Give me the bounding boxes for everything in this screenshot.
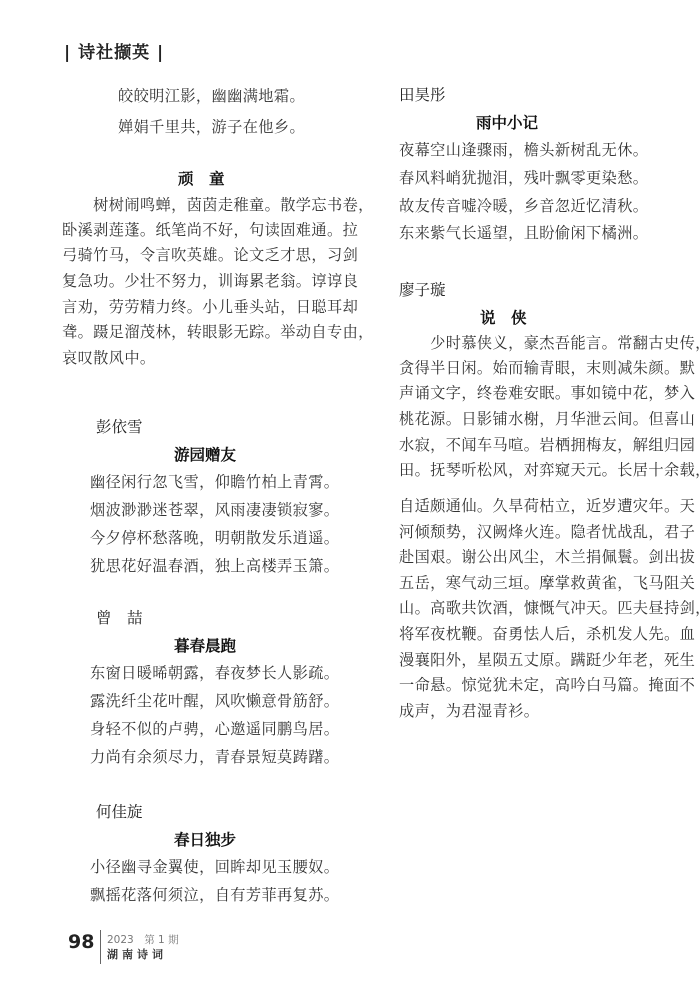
poem-line: 卧溪剥莲蓬。纸笔尚不好，句读固难通。拉 xyxy=(62,220,358,240)
poem-line: 东窗日暖晞朝露，春夜梦长人影疏。 xyxy=(90,663,339,683)
poem-line: 河倾颓势，汉阙烽火连。隐者忧战乱，君子 xyxy=(399,522,695,542)
poem-line: 少时慕侠义，豪杰吾能言。常翻古史传， xyxy=(399,333,700,353)
poem-line: 聋。蹑足溜茂林，转眼影无踪。举动自专由， xyxy=(62,322,374,342)
poem-line: 婵娟千里共，游子在他乡。 xyxy=(118,117,305,137)
author-name: 曾 喆 xyxy=(96,606,143,628)
poem-line: 春风料峭犹抛泪，残叶飘零更染愁。 xyxy=(399,168,648,188)
poem-title: 雨中小记 xyxy=(476,111,538,133)
poem-line: 烟波渺渺迷苍翠，风雨凄凄锁寂寥。 xyxy=(90,500,339,520)
poem-line: 复急功。少壮不努力，训诲累老翁。谆谆良 xyxy=(62,271,358,291)
poem-title: 暮春晨跑 xyxy=(174,634,236,656)
author-name: 彭依雪 xyxy=(96,415,143,437)
poem-line: 身轻不似的卢骋，心邀遥同鹏鸟居。 xyxy=(90,719,339,739)
poem-line: 弓骑竹马，令言吹英雄。论文乏才思，习剑 xyxy=(62,245,358,265)
poem-line: 哀叹散风中。 xyxy=(62,348,156,368)
poem-title: 说 侠 xyxy=(480,306,527,328)
poem-line: 田。抚琴听松风，对弈窥天元。长居十余载， xyxy=(399,460,700,480)
poem-line: 今夕停杯愁落晚，明朝散发乐逍遥。 xyxy=(90,528,339,548)
poem-line: 夜幕空山逢骤雨，檐头新树乱无休。 xyxy=(399,140,648,160)
author-name: 何佳旋 xyxy=(96,800,143,822)
poem-line: 东来紫气长遥望，且盼偷闲下橘洲。 xyxy=(399,223,648,243)
section-header: | 诗社撷英 | xyxy=(64,38,164,63)
poem-line: 飘摇花落何须泣，自有芳菲再复苏。 xyxy=(90,885,339,905)
issue-label: 2023 第 1 期 xyxy=(107,932,179,947)
poem-line: 赴国艰。谢公出风尘，木兰捐佩鬟。剑出拔 xyxy=(399,547,695,567)
poem-line: 自适颇通仙。久旱荷枯立，近岁遭灾年。天 xyxy=(399,496,695,516)
poem-title: 游园赠友 xyxy=(174,443,236,465)
poem-line: 皎皎明江影，幽幽满地霜。 xyxy=(118,86,305,106)
poem-line: 树树闹鸣蝉，茵茵走稚童。散学忘书卷， xyxy=(62,195,374,215)
poem-line: 五岳，寒气动三垣。摩掌救黄雀，飞马阻关 xyxy=(399,573,695,593)
poem-line: 水寂，不闻车马喧。岩栖拥梅友，解组归园 xyxy=(399,435,695,455)
poem-line: 山。高歌共饮酒，慷慨气冲天。匹夫昼持剑， xyxy=(399,598,700,618)
poem-line: 漫襄阳外，星陨五丈原。蹒跹少年老，死生 xyxy=(399,650,695,670)
author-name: 廖子璇 xyxy=(399,278,446,300)
page-number: 98 xyxy=(68,931,94,953)
poem-line: 贪得半日闲。始而输青眼，末则减朱颜。默 xyxy=(399,358,695,378)
poem-line: 幽径闲行忽飞雪，仰瞻竹柏上青霄。 xyxy=(90,472,339,492)
poem-line: 犹思花好温春酒，独上高楼弄玉箫。 xyxy=(90,556,339,576)
poem-line: 成声，为君湿青衫。 xyxy=(399,701,539,721)
poem-line: 桃花源。日影铺水榭，月华泄云间。但喜山 xyxy=(399,409,695,429)
poem-line: 小径幽寻金翼使，回眸却见玉腰奴。 xyxy=(90,857,339,877)
poem-line: 声诵文字，终卷难安眠。事如镜中花，梦入 xyxy=(399,383,695,403)
poem-title: 春日独步 xyxy=(174,828,236,850)
poem-line: 露洗纤尘花叶醒，风吹懒意骨筋舒。 xyxy=(90,691,339,711)
author-name: 田昊彤 xyxy=(399,83,446,105)
poem-line: 言劝，劳劳精力终。小儿垂头站，日聪耳却 xyxy=(62,297,358,317)
poem-line: 将军夜枕鞭。奋勇怯人后，杀机发人先。血 xyxy=(399,624,695,644)
poem-line: 力尚有余须尽力，青春景短莫踌躇。 xyxy=(90,747,339,767)
poem-title: 顽 童 xyxy=(178,167,225,189)
footer-divider xyxy=(100,930,101,964)
magazine-title: 湖南诗词 xyxy=(107,946,167,962)
poem-line: 一命悬。惊觉犹未定，高吟白马篇。掩面不 xyxy=(399,675,695,695)
poem-line: 故友传音嘘冷暖，乡音忽近忆清秋。 xyxy=(399,196,648,216)
